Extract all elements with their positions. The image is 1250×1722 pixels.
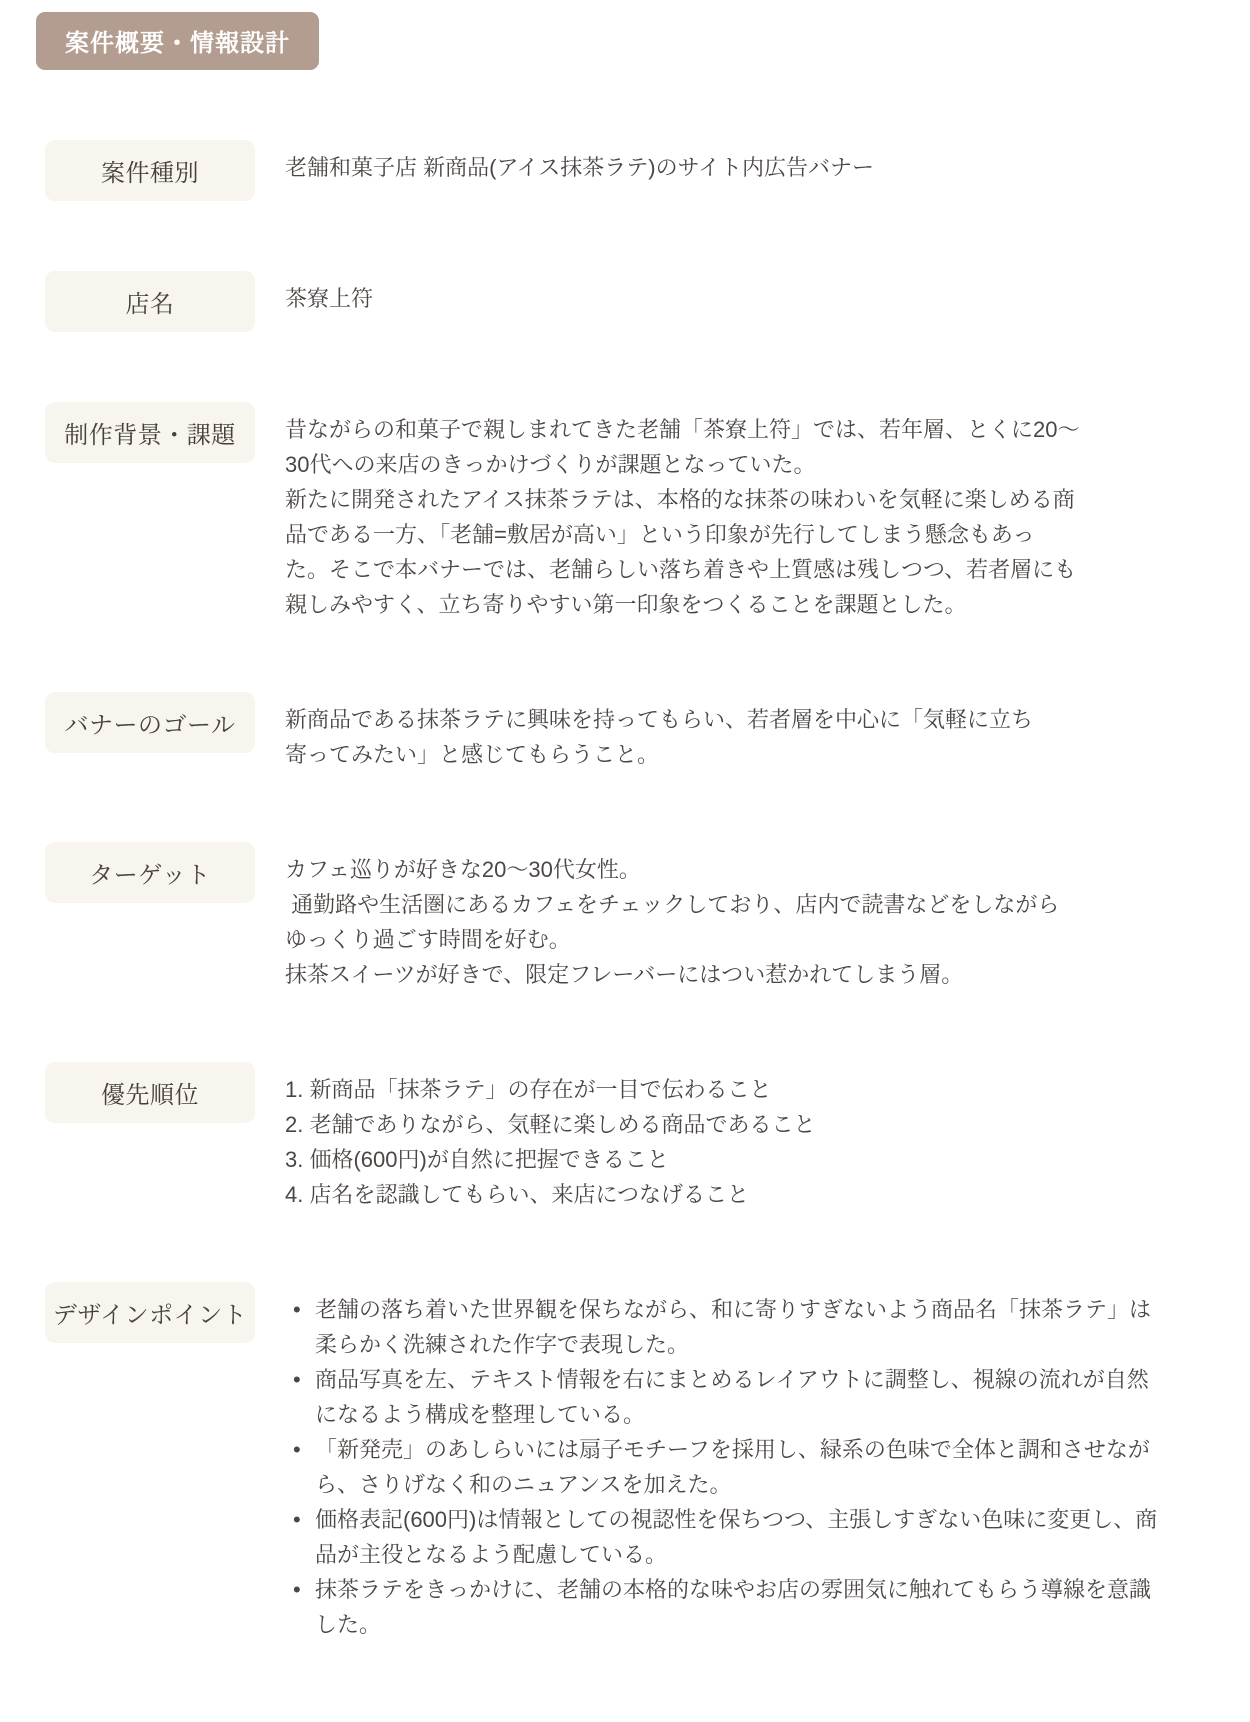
text-line: ゆっくり過ごす時間を好む。: [285, 922, 1165, 957]
brief-row: デザインポイント老舗の落ち着いた世界観を保ちながら、和に寄りすぎないよう商品名「…: [45, 1282, 1210, 1642]
text-line: 品である一方、「老舗=敷居が高い」という印象が先行してしまう懸念もあっ: [285, 517, 1165, 552]
text-line: 昔ながらの和菓子で親しまれてきた老舗「茶寮上符」では、若年層、とくに20〜: [285, 412, 1165, 447]
text-line: 2. 老舗でありながら、気軽に楽しめる商品であること: [285, 1107, 1165, 1142]
bullet-item: 商品写真を左、テキスト情報を右にまとめるレイアウトに調整し、視線の流れが自然にな…: [285, 1362, 1165, 1432]
bullet-item: 「新発売」のあしらいには扇子モチーフを採用し、緑系の色味で全体と調和させながら、…: [285, 1432, 1165, 1502]
text-line: 抹茶スイーツが好きで、限定フレーバーにはつい惹かれてしまう層。: [285, 957, 1165, 992]
text-line: 新たに開発されたアイス抹茶ラテは、本格的な抹茶の味わいを気軽に楽しめる商: [285, 482, 1165, 517]
row-label: ターゲット: [45, 842, 255, 903]
text-line: 親しみやすく、立ち寄りやすい第一印象をつくることを課題とした。: [285, 587, 1165, 622]
brief-row: ターゲットカフェ巡りが好きな20〜30代女性。 通勤路や生活圏にあるカフェをチェ…: [45, 842, 1210, 992]
brief-row: 優先順位1. 新商品「抹茶ラテ」の存在が一目で伝わること2. 老舗でありながら、…: [45, 1062, 1210, 1212]
row-content: カフェ巡りが好きな20〜30代女性。 通勤路や生活圏にあるカフェをチェックしてお…: [285, 842, 1165, 992]
row-content: 昔ながらの和菓子で親しまれてきた老舗「茶寮上符」では、若年層、とくに20〜30代…: [285, 402, 1165, 622]
row-label: 優先順位: [45, 1062, 255, 1123]
text-line: 4. 店名を認識してもらい、来店につなげること: [285, 1177, 1165, 1212]
brief-rows: 案件種別老舗和菓子店 新商品(アイス抹茶ラテ)のサイト内広告バナー店名茶寮上符制…: [36, 140, 1210, 1642]
brief-row: 店名茶寮上符: [45, 271, 1210, 332]
text-line: 3. 価格(600円)が自然に把握できること: [285, 1142, 1165, 1177]
bullet-item: 老舗の落ち着いた世界観を保ちながら、和に寄りすぎないよう商品名「抹茶ラテ」は柔ら…: [285, 1292, 1165, 1362]
row-label: 店名: [45, 271, 255, 332]
text-line: 老舗和菓子店 新商品(アイス抹茶ラテ)のサイト内広告バナー: [285, 150, 1165, 185]
brief-row: バナーのゴール新商品である抹茶ラテに興味を持ってもらい、若者層を中心に「気軽に立…: [45, 692, 1210, 772]
row-content: 老舗の落ち着いた世界観を保ちながら、和に寄りすぎないよう商品名「抹茶ラテ」は柔ら…: [285, 1282, 1165, 1642]
row-content: 1. 新商品「抹茶ラテ」の存在が一目で伝わること2. 老舗でありながら、気軽に楽…: [285, 1062, 1165, 1212]
row-label: 案件種別: [45, 140, 255, 201]
row-content: 老舗和菓子店 新商品(アイス抹茶ラテ)のサイト内広告バナー: [285, 140, 1165, 185]
design-brief-document: 案件概要・情報設計 案件種別老舗和菓子店 新商品(アイス抹茶ラテ)のサイト内広告…: [0, 0, 1250, 1722]
text-line: 30代への来店のきっかけづくりが課題となっていた。: [285, 447, 1165, 482]
text-line: 1. 新商品「抹茶ラテ」の存在が一目で伝わること: [285, 1072, 1165, 1107]
bullet-item: 価格表記(600円)は情報としての視認性を保ちつつ、主張しすぎない色味に変更し、…: [285, 1502, 1165, 1572]
text-line: た。そこで本バナーでは、老舗らしい落ち着きや上質感は残しつつ、若者層にも: [285, 552, 1165, 587]
row-label: デザインポイント: [45, 1282, 255, 1343]
text-line: 新商品である抹茶ラテに興味を持ってもらい、若者層を中心に「気軽に立ち: [285, 702, 1165, 737]
brief-row: 制作背景・課題昔ながらの和菓子で親しまれてきた老舗「茶寮上符」では、若年層、とく…: [45, 402, 1210, 622]
text-line: 寄ってみたい」と感じてもらうこと。: [285, 737, 1165, 772]
text-line: 茶寮上符: [285, 281, 1165, 316]
brief-row: 案件種別老舗和菓子店 新商品(アイス抹茶ラテ)のサイト内広告バナー: [45, 140, 1210, 201]
row-content: 新商品である抹茶ラテに興味を持ってもらい、若者層を中心に「気軽に立ち寄ってみたい…: [285, 692, 1165, 772]
row-content: 茶寮上符: [285, 271, 1165, 316]
text-line: 通勤路や生活圏にあるカフェをチェックしており、店内で読書などをしながら: [285, 887, 1165, 922]
text-line: カフェ巡りが好きな20〜30代女性。: [285, 852, 1165, 887]
row-label: バナーのゴール: [45, 692, 255, 753]
row-label: 制作背景・課題: [45, 402, 255, 463]
bullet-item: 抹茶ラテをきっかけに、老舗の本格的な味やお店の雰囲気に触れてもらう導線を意識した…: [285, 1572, 1165, 1642]
section-title-badge: 案件概要・情報設計: [36, 12, 319, 70]
